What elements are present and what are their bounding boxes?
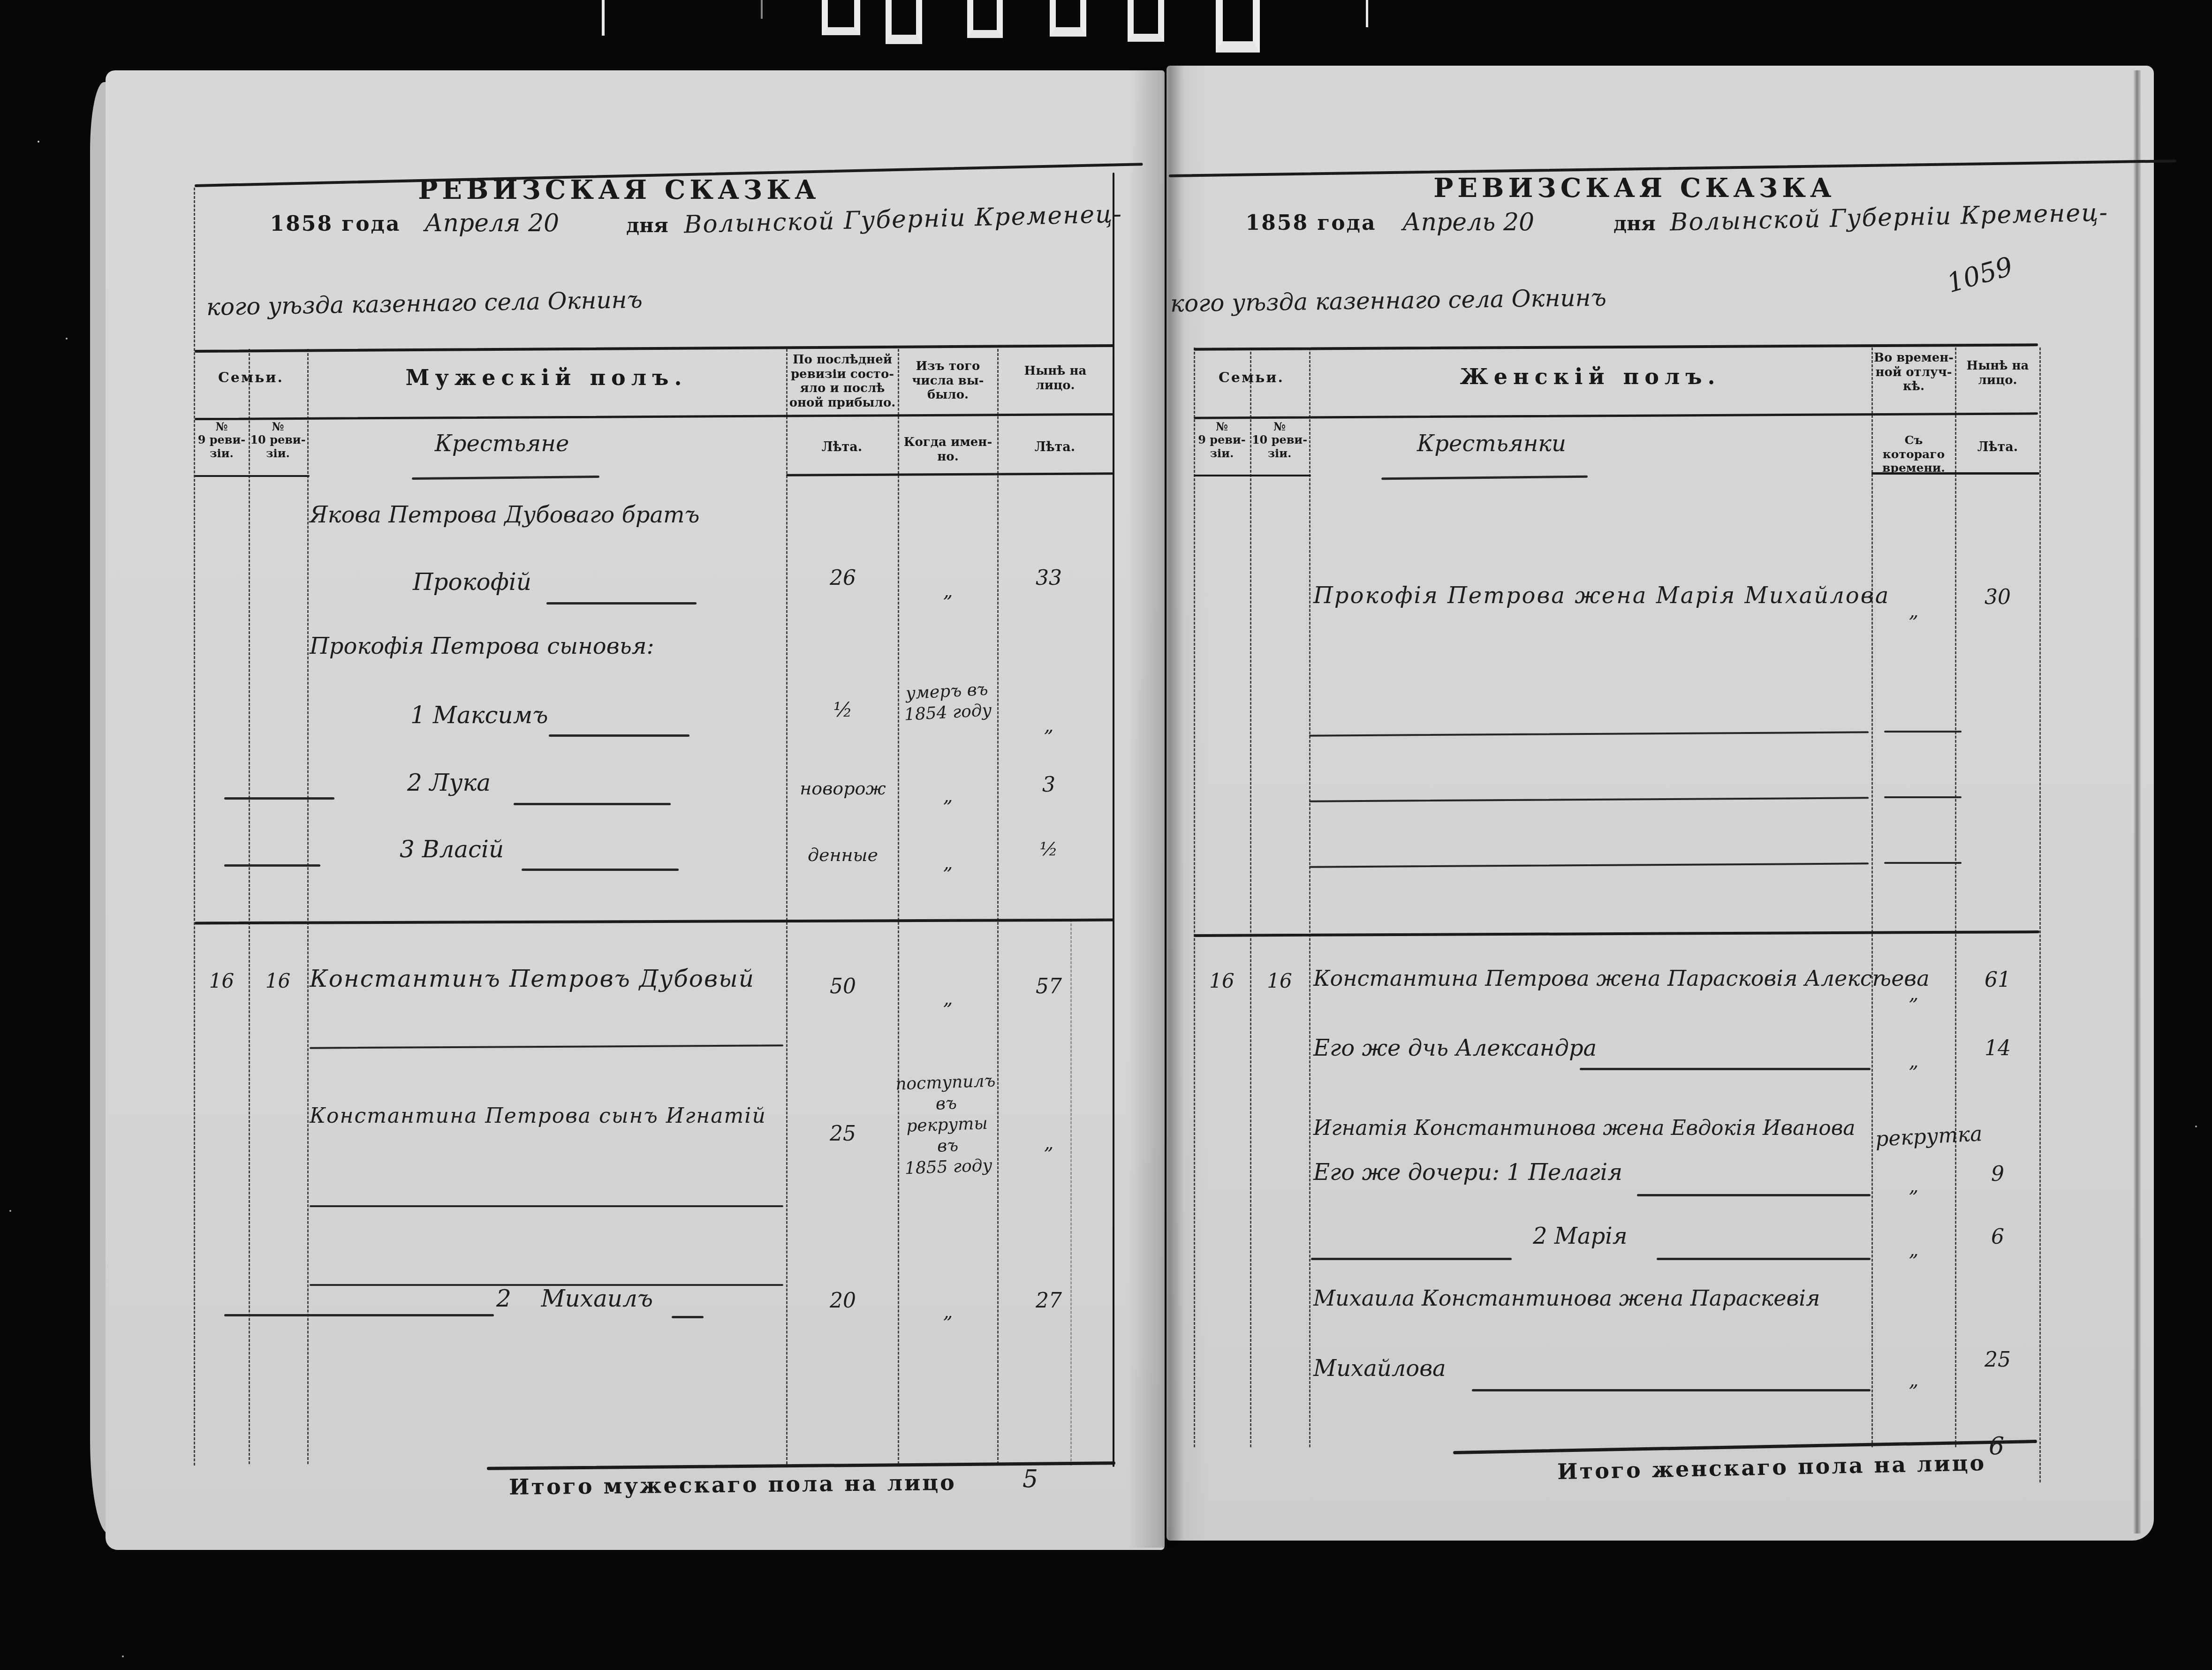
header-when: Когда имен- но. [899, 435, 997, 464]
name-rule [1580, 1068, 1871, 1070]
male-total-value: 5 [1023, 1464, 1038, 1495]
age-now-value: 6 [1956, 1224, 2039, 1250]
day-value: Апреля 20 [424, 208, 559, 239]
age-now-value: ½ [997, 838, 1100, 861]
row-name: Константинъ Петровъ Дубовый [310, 964, 755, 994]
age-now-value: 27 [997, 1288, 1100, 1314]
row-name: Его же дчь Александра [1313, 1034, 1597, 1062]
name-rule [522, 869, 679, 871]
header-rev10: № 10 реви- зіи. [1250, 420, 1309, 460]
departed-note: поступилъ въ рекруты въ 1855 году [892, 1070, 1002, 1179]
since-ditto: „ [1872, 1174, 1955, 1198]
header-estate-hand: Крестьянки [1360, 430, 1623, 458]
counter-digit-fragment [967, 0, 1003, 38]
header-male-sex: Мужескій полъ. [307, 365, 786, 390]
row-family-heading: Якова Петрова Дубоваго братъ [310, 501, 700, 529]
row-name: 2 Михаилъ [496, 1284, 653, 1314]
table-right-edge [2039, 348, 2041, 1482]
page-fold-shadow [1128, 66, 1208, 1548]
blank-row-rule [1884, 862, 1962, 864]
column-divider [1250, 348, 1251, 1447]
page-crease-line [1070, 919, 1072, 1466]
blank-row-rule [1884, 731, 1962, 733]
header-years-prev: Лѣта. [786, 440, 898, 455]
departed-ditto: „ [899, 579, 997, 603]
age-now-value: 14 [1956, 1035, 2039, 1061]
row-name: 2 Марія [1533, 1222, 1627, 1250]
page-title: РЕВИЗСКАЯ СКАЗКА [183, 174, 1055, 205]
age-prev-value: 26 [788, 565, 898, 591]
since-ditto: „ [1872, 1050, 1955, 1073]
lead-rule [224, 864, 320, 867]
departed-ditto: „ [899, 1300, 997, 1323]
year-label: 1858 года [265, 212, 406, 236]
header-rev9: № 9 реви- зіи. [1194, 420, 1250, 460]
age-now-value: 25 [1956, 1347, 2039, 1373]
age-now-value: 30 [1956, 584, 2039, 610]
column-divider [898, 349, 899, 1464]
header-years-now: Лѣта. [997, 440, 1113, 455]
age-now-value: 3 [997, 772, 1100, 798]
departed-ditto: „ [899, 851, 997, 875]
age-prev-value: 20 [788, 1288, 898, 1314]
header-rev10: № 10 реви- зіи. [249, 420, 307, 460]
day-unit-label: дня [619, 214, 675, 237]
row-name-continued: Михайлова [1313, 1354, 1446, 1383]
age-now-ditto: „ [997, 1131, 1100, 1155]
column-divider [249, 349, 250, 1464]
name-rule [1472, 1389, 1871, 1391]
column-divider [1871, 348, 1873, 1447]
place-line: кого уѣзда казеннаго села Окнинъ [1170, 283, 1607, 318]
day-value: Апрель 20 [1402, 207, 1534, 238]
row-name: 2 Лука [407, 768, 491, 798]
rev9-number: 16 [195, 969, 249, 994]
age-prev-value: 25 [788, 1121, 898, 1147]
header-family: Семьи. [1194, 370, 1309, 386]
row-family-heading: Прокофія Петрова сыновья: [310, 632, 654, 660]
departed-ditto: „ [899, 784, 997, 808]
rev9-number: 16 [1194, 969, 1250, 994]
name-rule [1637, 1194, 1871, 1196]
row-name: Михаила Константинова жена Параскевія [1313, 1285, 1820, 1312]
header-bottom-line [1194, 475, 1311, 476]
male-total-label: Итого мужескаго пола на лицо [509, 1469, 1025, 1500]
header-family: Семьи. [195, 370, 307, 386]
counter-digit-fragment [886, 0, 922, 44]
row-name: 3 Власій [400, 835, 504, 864]
lead-rule [224, 1314, 494, 1316]
header-last-revision: По послѣдней ревизіи состо- яло и послѣ … [787, 353, 898, 410]
since-ditto: „ [1872, 599, 1955, 623]
header-away: Во времен- ной отлуч- кѣ. [1872, 351, 1955, 394]
age-now-value: 9 [1956, 1161, 2039, 1187]
day-unit-label: дня [1606, 212, 1663, 235]
name-rule [546, 602, 697, 605]
age-prev-note: новорож [788, 778, 898, 800]
column-divider [1955, 348, 1956, 1447]
column-divider [786, 349, 788, 1464]
age-prev-value: 50 [788, 974, 898, 999]
age-now-value: 33 [997, 565, 1100, 591]
lead-rule [1311, 1258, 1512, 1260]
film-dust [38, 141, 39, 143]
header-female-sex: Женскій полъ. [1309, 364, 1871, 389]
age-prev-value: ½ [788, 698, 898, 723]
name-rule [549, 734, 689, 737]
year-label: 1858 года [1241, 211, 1381, 235]
header-present: Нынѣ на лицо. [1956, 359, 2039, 387]
age-now-ditto: „ [997, 714, 1100, 737]
departed-note: умеръ въ 1854 году [896, 678, 999, 725]
counter-digit-fragment [761, 0, 763, 19]
blank-row-rule [1884, 796, 1962, 798]
row-name: Его же дочери: 1 Пелагія [1313, 1158, 1622, 1186]
name-rule [1657, 1258, 1871, 1260]
microfilm-scan: РЕВИЗСКАЯ СКАЗКА 1858 года Апреля 20 дня… [0, 0, 2212, 1670]
cell-separator-rule [310, 1205, 783, 1207]
name-rule [514, 803, 671, 805]
since-ditto: „ [1872, 1368, 1955, 1392]
table-right-edge [1113, 173, 1114, 1467]
name-rule [672, 1316, 704, 1318]
since-ditto: „ [1872, 982, 1955, 1005]
header-years-now: Лѣта. [1956, 440, 2039, 455]
header-rev9: № 9 реви- зіи. [195, 420, 249, 460]
column-divider [1194, 348, 1195, 1447]
right-page-edge-crease [2133, 70, 2141, 1534]
header-present: Нынѣ на лицо. [998, 364, 1113, 393]
film-strip [0, 0, 2212, 47]
header-estate-hand: Крестьяне [385, 430, 619, 458]
counter-digit-fragment [1128, 0, 1164, 42]
row-name: Прокофія Петрова жена Марія Михайлова [1313, 582, 1890, 610]
row-name: 1 Максимъ [410, 701, 548, 730]
counter-digit-fragment [1216, 0, 1260, 53]
age-prev-note: денные [788, 844, 898, 867]
header-since: Съ котораго времени. [1872, 433, 1955, 475]
rev10-number: 16 [1250, 969, 1309, 994]
column-divider [1309, 348, 1311, 1447]
row-name: Константина Петрова сынъ Игнатій [310, 1103, 766, 1129]
female-total-value: 6 [1989, 1431, 2004, 1462]
age-now-value: 61 [1956, 967, 2039, 993]
row-name: Константина Петрова жена Парасковія Алек… [1313, 965, 1930, 992]
row-name: Прокофій [413, 567, 531, 597]
age-now-value: 57 [997, 974, 1100, 999]
counter-digit-fragment [1050, 0, 1086, 37]
counter-digit-fragment [1366, 0, 1368, 27]
departed-ditto: „ [899, 987, 997, 1010]
lead-rule [224, 797, 334, 800]
header-departed: Изъ того числа вы- было. [899, 359, 997, 402]
counter-digit-fragment [602, 0, 605, 36]
header-bottom-line [195, 475, 310, 477]
rev10-number: 16 [249, 969, 307, 994]
row-name: Игнатія Константинова жена Евдокія Ивано… [1313, 1115, 1856, 1141]
since-ditto: „ [1872, 1238, 1955, 1262]
page-title: РЕВИЗСКАЯ СКАЗКА [1198, 173, 2071, 204]
column-divider [307, 349, 309, 1464]
counter-digit-fragment [822, 0, 860, 35]
